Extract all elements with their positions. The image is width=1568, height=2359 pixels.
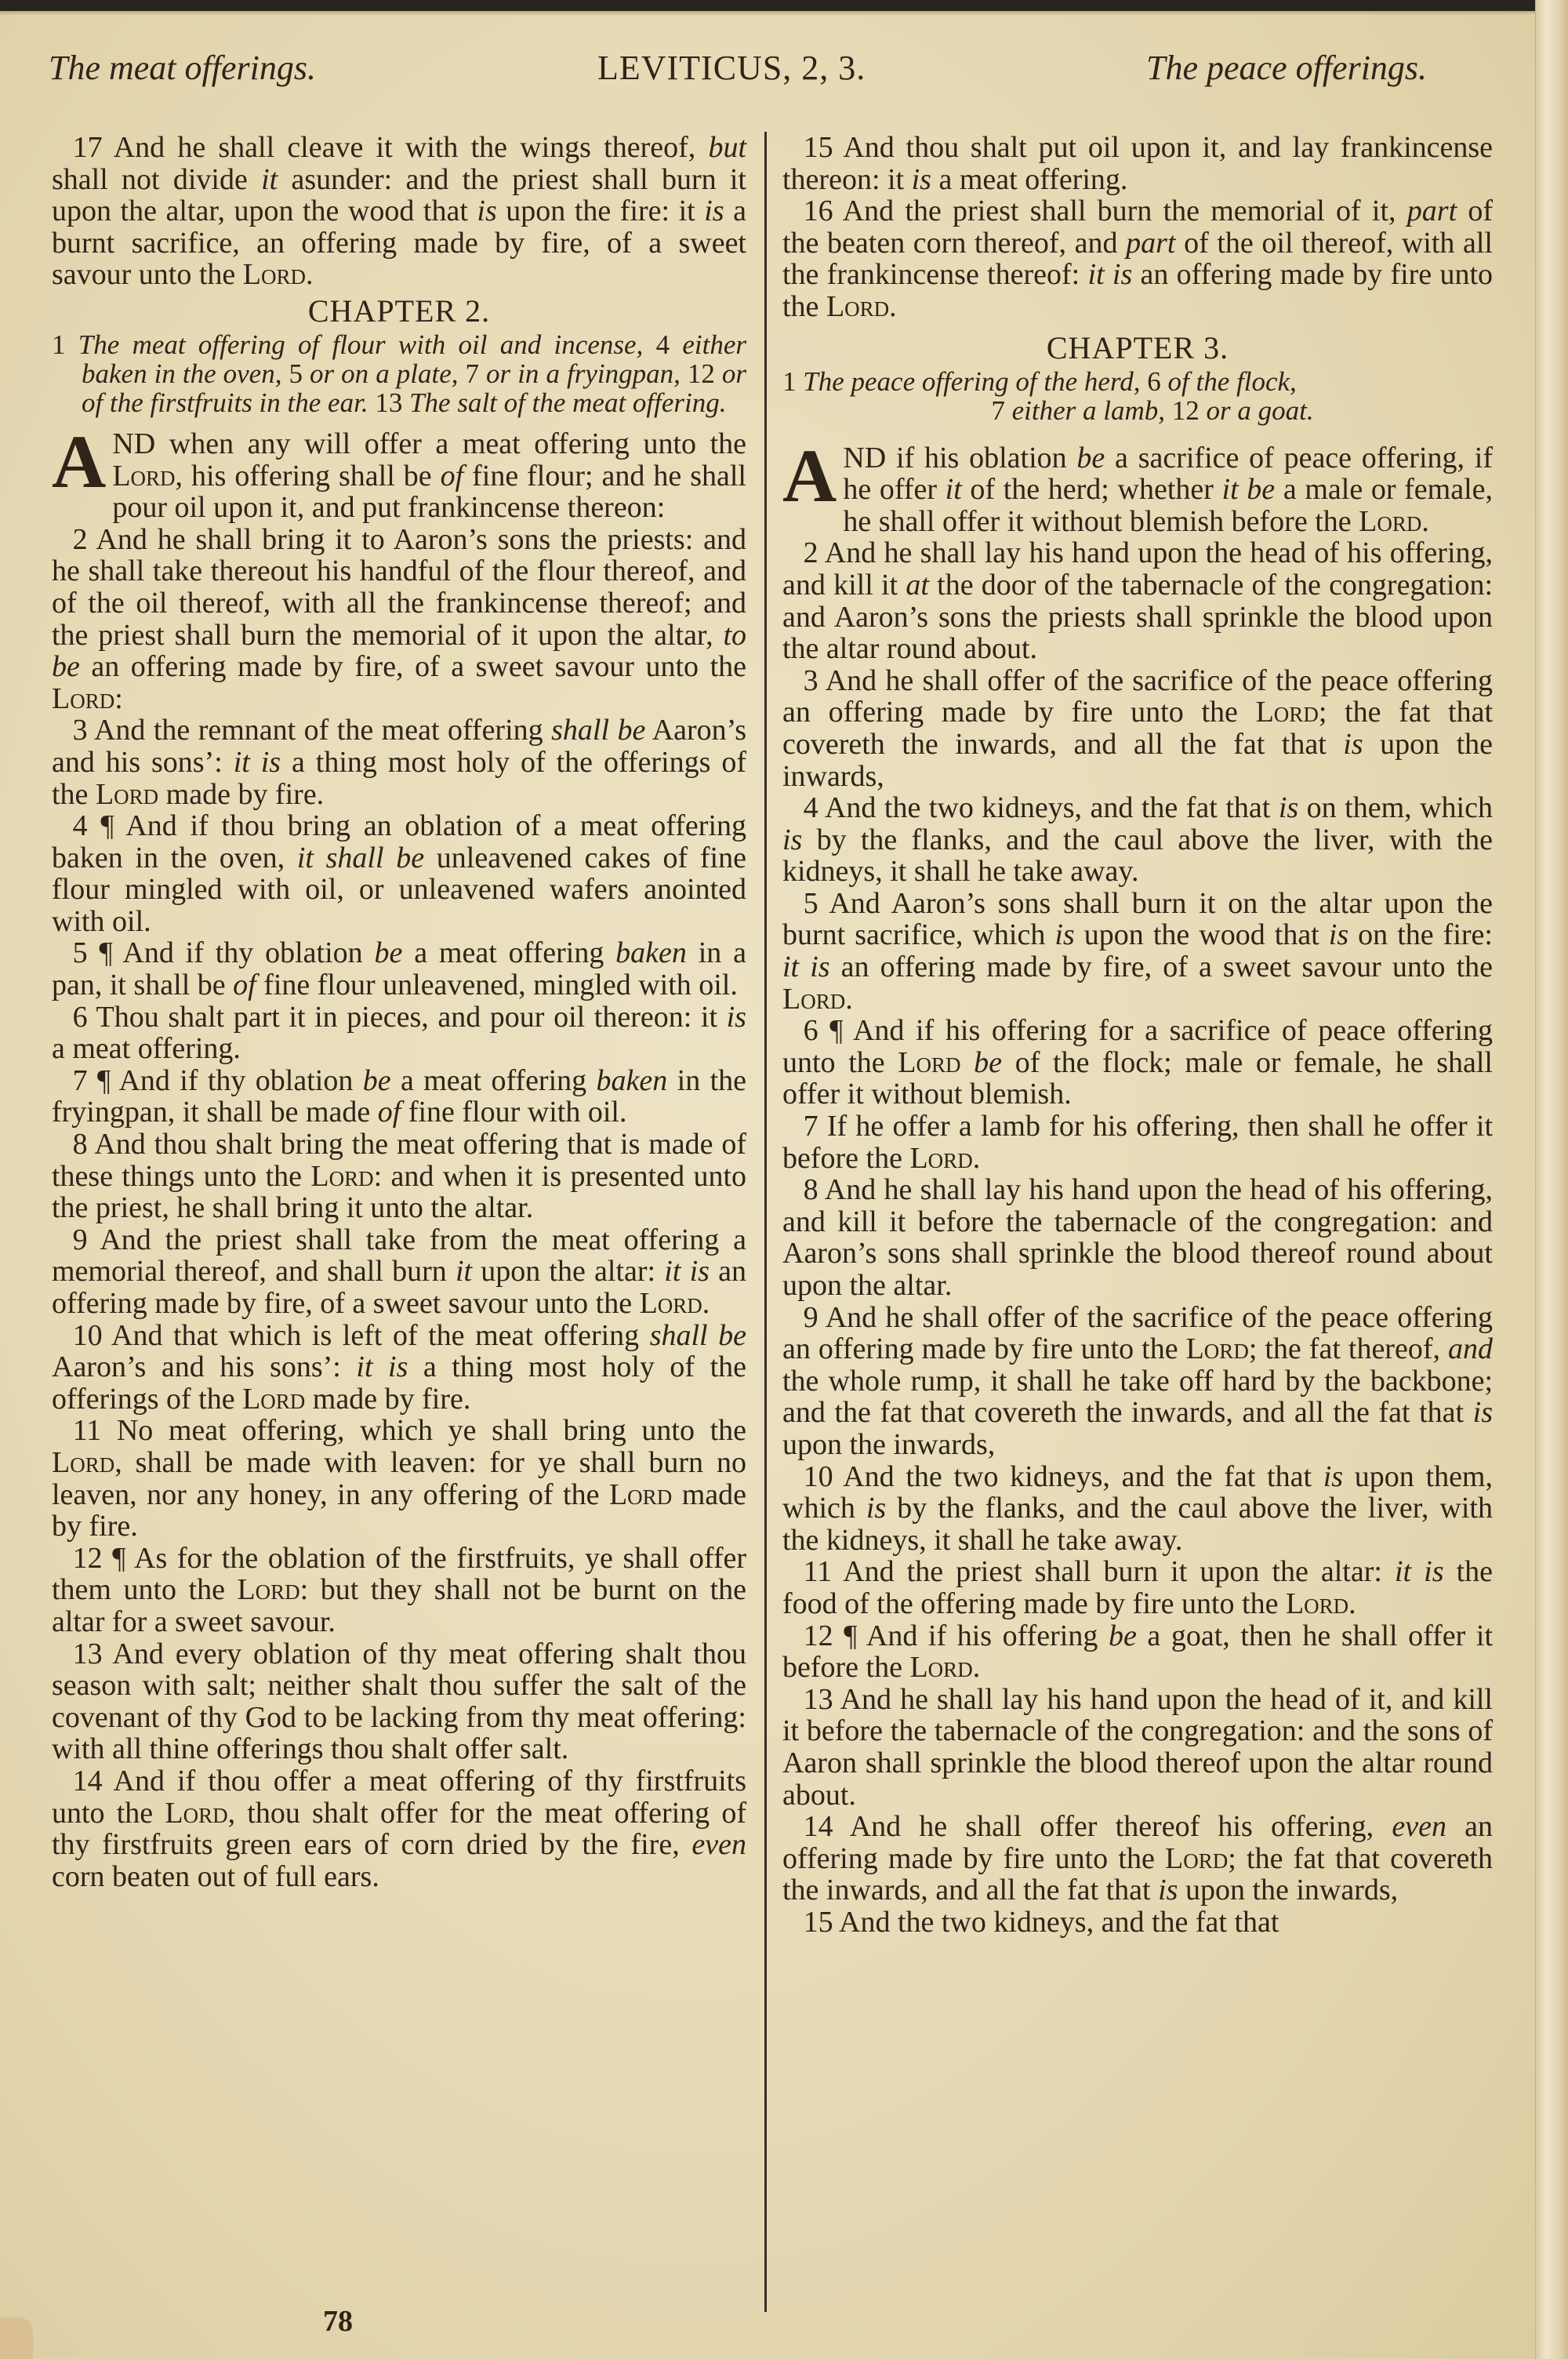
verse-number: 9 xyxy=(804,1301,818,1334)
pilcrow-mark: ¶ xyxy=(844,1619,857,1652)
verse-text: And the remnant of the meat offering xyxy=(94,714,551,747)
verse-text-italic: is xyxy=(1054,918,1074,951)
lord-small-caps: Lord xyxy=(96,778,158,811)
summary-ref: 7 xyxy=(466,358,480,389)
verse-text: And he shall bring it to Aaron’s sons th… xyxy=(52,523,746,652)
verse-7: 7 If he offer a lamb for his offering, t… xyxy=(782,1110,1493,1174)
lord-small-caps: Lord xyxy=(310,1160,373,1193)
lord-small-caps: Lord xyxy=(898,1046,960,1079)
verse-text: a meat offering xyxy=(402,936,615,969)
verse-text-italic: it is xyxy=(1088,258,1133,291)
verse-text-italic: at xyxy=(906,569,929,602)
verse-4: 4 ¶ And if thou bring an oblation of a m… xyxy=(52,810,746,937)
verse-text: And thou shalt put oil upon it, and lay … xyxy=(782,131,1493,196)
verse-text: Thou shalt part it in pieces, and pour o… xyxy=(96,1001,727,1034)
verse-number: 8 xyxy=(804,1173,818,1206)
verse-text-italic: it xyxy=(261,163,278,196)
verse-text: an offering made by fire, of a sweet sav… xyxy=(830,951,1493,983)
column-divider xyxy=(764,132,767,2312)
verse-number: 4 xyxy=(73,809,88,842)
verse-text: . xyxy=(973,1651,981,1684)
verse-text-italic: and xyxy=(1448,1332,1493,1365)
lord-small-caps: Lord xyxy=(52,1446,114,1479)
verse-text-italic: is xyxy=(1279,791,1298,824)
verse-8: 8 And thou shalt bring the meat offering… xyxy=(52,1129,746,1224)
summary-ref: 4 xyxy=(656,329,670,360)
verse-number: 16 xyxy=(804,194,833,227)
verse-text: And if thy oblation xyxy=(118,1064,362,1097)
book-cover-edge xyxy=(0,0,1568,11)
verse-number: 10 xyxy=(804,1460,833,1493)
verse-number: 9 xyxy=(73,1223,88,1256)
verse-number: 8 xyxy=(73,1128,88,1161)
verse-text: fine flour with oil. xyxy=(401,1096,626,1129)
verse-text: Aaron’s and his sons’: xyxy=(52,1350,356,1383)
verse-number: 12 xyxy=(73,1542,103,1575)
verse-number: 3 xyxy=(73,714,88,747)
verse-text: upon the wood that xyxy=(1075,918,1329,951)
verse-text: And the two kidneys, and the fat that xyxy=(843,1460,1323,1493)
verse-text-italic: even xyxy=(691,1828,746,1861)
verse-text-italic: part xyxy=(1407,194,1457,227)
verse-text: . xyxy=(306,258,314,291)
verse-10: 10 And the two kidneys, and the fat that… xyxy=(782,1461,1493,1557)
verse-text-italic: baken xyxy=(597,1064,668,1097)
verse-text: made by fire. xyxy=(158,778,324,811)
verse-number: 2 xyxy=(804,536,818,569)
lord-small-caps: Lord xyxy=(237,1573,299,1606)
verse-text: upon the inwards, xyxy=(782,1428,995,1461)
left-column: 17 And he shall cleave it with the wings… xyxy=(52,132,746,1892)
summary-ref: 1 xyxy=(782,366,797,397)
verse-number: 5 xyxy=(73,936,88,969)
lord-small-caps: Lord xyxy=(1286,1587,1348,1620)
verse-1-17: 17 And he shall cleave it with the wings… xyxy=(52,132,746,291)
verse-text: ; the fat thereof, xyxy=(1249,1332,1448,1365)
verse-7: 7 ¶ And if thy oblation be a meat offeri… xyxy=(52,1065,746,1129)
verse-text: on the fire: xyxy=(1348,918,1493,951)
verse-text: a meat offering. xyxy=(931,163,1127,196)
verse-1: AND when any will offer a meat offering … xyxy=(52,428,746,524)
lord-small-caps: Lord xyxy=(1256,696,1319,729)
verse-text-italic: is xyxy=(727,1001,746,1034)
summary-ref: 13 xyxy=(375,387,402,418)
verse-text: And he shall lay his hand upon the head … xyxy=(782,1683,1493,1812)
running-head-book-title: LEVITICUS, 2, 3. xyxy=(597,49,866,88)
verse-text-italic: be xyxy=(1109,1619,1137,1652)
verse-number: 10 xyxy=(73,1319,103,1352)
lord-small-caps: Lord xyxy=(826,290,889,323)
verse-text-italic: it is xyxy=(1395,1555,1444,1588)
summary-text: or in a fryingpan, xyxy=(486,358,681,389)
drop-cap: A xyxy=(52,431,106,493)
summary-text: or on a plate, xyxy=(310,358,458,389)
verse-text: fine flour unleavened, mingled with oil. xyxy=(256,969,738,1001)
verse-text: ND when any will offer a meat offering u… xyxy=(112,427,746,460)
pilcrow-mark: ¶ xyxy=(99,936,112,969)
verse-16: 16 And the priest shall burn the memoria… xyxy=(782,195,1493,322)
chapter-2-verses: AND when any will offer a meat offering … xyxy=(52,428,746,1892)
verse-15: 15 And the two kidneys, and the fat that xyxy=(782,1906,1493,1939)
verse-text: And the priest shall burn the memorial o… xyxy=(843,194,1407,227)
verse-1: AND if his oblation be a sacrifice of pe… xyxy=(782,442,1493,538)
right-column: 15 And thou shalt put oil upon it, and l… xyxy=(782,132,1493,1938)
verse-number: 3 xyxy=(804,664,818,697)
summary-text: The meat offering of flour with oil and … xyxy=(78,329,643,360)
verse-text: a meat offering xyxy=(391,1064,597,1097)
lord-small-caps: Lord xyxy=(1359,505,1421,538)
summary-ref: 5 xyxy=(289,358,303,389)
verse-text-italic: it is xyxy=(664,1255,710,1288)
chapter-3-verses: AND if his oblation be a sacrifice of pe… xyxy=(782,442,1493,1939)
verse-11: 11 No meat offering, which ye shall brin… xyxy=(52,1415,746,1542)
verse-2: 2 And he shall lay his hand upon the hea… xyxy=(782,537,1493,664)
verse-text-italic: it xyxy=(456,1255,472,1288)
verse-number: 4 xyxy=(804,791,818,824)
verse-text: : xyxy=(114,682,123,715)
verse-text: If he offer a lamb for his offering, the… xyxy=(782,1110,1493,1175)
pilcrow-mark: ¶ xyxy=(97,1064,111,1097)
verse-6: 6 ¶ And if his offering for a sacrifice … xyxy=(782,1015,1493,1110)
verse-text-italic: it is xyxy=(234,746,281,779)
verse-text: of the herd; whether xyxy=(962,473,1222,506)
page-fore-edge xyxy=(1535,0,1568,2359)
verse-text-italic: part xyxy=(1126,227,1175,260)
verse-text: And if his offering xyxy=(866,1619,1109,1652)
verse-number: 15 xyxy=(804,1906,833,1939)
verse-10: 10 And that which is left of the meat of… xyxy=(52,1320,746,1416)
verse-number: 11 xyxy=(73,1414,102,1447)
verse-text-italic: is xyxy=(866,1492,886,1525)
verse-14: 14 And if thou offer a meat offering of … xyxy=(52,1765,746,1892)
verse-text-italic: it is xyxy=(782,951,830,983)
verse-3: 3 And the remnant of the meat offering s… xyxy=(52,714,746,810)
chapter-3-summary: 1 The peace offering of the herd, 6 of t… xyxy=(782,367,1493,425)
verse-number: 14 xyxy=(73,1765,103,1797)
verse-14: 14 And he shall offer thereof his offeri… xyxy=(782,1811,1493,1906)
verse-text-italic: is xyxy=(782,823,802,856)
chapter-2-verses-continued: 15 And thou shalt put oil upon it, and l… xyxy=(782,132,1493,323)
summary-ref: 1 xyxy=(52,329,66,360)
verse-text: . xyxy=(845,983,853,1016)
lord-small-caps: Lord xyxy=(243,258,306,291)
verse-13: 13 And he shall lay his hand upon the he… xyxy=(782,1684,1493,1811)
verse-number: 5 xyxy=(804,887,818,920)
verse-number: 14 xyxy=(804,1810,833,1843)
lord-small-caps: Lord xyxy=(1165,1842,1228,1875)
verse-5: 5 ¶ And if thy oblation be a meat offeri… xyxy=(52,937,746,1001)
verse-text: And he shall offer thereof his offering, xyxy=(850,1810,1392,1843)
verse-text: . xyxy=(1421,505,1429,538)
verse-number: 11 xyxy=(804,1555,833,1588)
verse-text-italic: is xyxy=(704,194,724,227)
lord-small-caps: Lord xyxy=(112,460,175,493)
verse-text-italic: it is xyxy=(356,1350,408,1383)
verse-text: And he shall cleave it with the wings th… xyxy=(114,131,709,164)
verse-text: on them, which xyxy=(1298,791,1493,824)
verse-text-italic: is xyxy=(912,163,931,196)
verse-text-italic: baken xyxy=(615,936,687,969)
verse-number: 2 xyxy=(73,523,88,556)
verse-5: 5 And Aaron’s sons shall burn it on the … xyxy=(782,888,1493,1015)
verse-11: 11 And the priest shall burn it upon the… xyxy=(782,1556,1493,1619)
verse-number: 6 xyxy=(73,1001,88,1034)
verse-4: 4 And the two kidneys, and the fat that … xyxy=(782,792,1493,888)
verse-text: upon the inwards, xyxy=(1178,1874,1398,1906)
summary-text: or a goat. xyxy=(1207,395,1314,426)
verse-text-italic: is xyxy=(1323,1460,1343,1493)
verse-text: a meat offering. xyxy=(52,1032,241,1065)
verse-text-italic: is xyxy=(1343,728,1363,761)
lord-small-caps: Lord xyxy=(165,1797,227,1830)
summary-ref: 6 xyxy=(1147,366,1161,397)
verse-text: upon the fire: it xyxy=(497,194,704,227)
verse-text: And the priest shall burn it upon the al… xyxy=(843,1555,1395,1588)
lord-small-caps: Lord xyxy=(909,1651,972,1684)
verse-number: 7 xyxy=(73,1064,88,1097)
verse-text: shall not divide xyxy=(52,163,261,196)
verse-text: And the two kidneys, and the fat that xyxy=(825,791,1279,824)
summary-text: either a lamb, xyxy=(1012,395,1165,426)
page-number: 78 xyxy=(323,2306,353,2337)
summary-ref: 7 xyxy=(991,395,1005,426)
verse-text-italic: be xyxy=(1076,442,1105,474)
pilcrow-mark: ¶ xyxy=(100,809,114,842)
verse-text: . xyxy=(702,1287,710,1320)
verse-9: 9 And the priest shall take from the mea… xyxy=(52,1224,746,1320)
verse-text-italic: of xyxy=(378,1096,401,1129)
running-head-left: The meat offerings. xyxy=(49,49,316,88)
verse-number: 17 xyxy=(73,131,103,164)
summary-text: The salt of the meat offering. xyxy=(409,387,726,418)
verse-text: , his offering shall be xyxy=(176,460,441,493)
verse-text-italic: be xyxy=(375,936,403,969)
verse-text: the whole rump, it shall he take off har… xyxy=(782,1365,1493,1430)
page-top-edge xyxy=(0,11,1568,16)
verse-number: 12 xyxy=(804,1619,833,1652)
chapter-3-title: CHAPTER 3. xyxy=(782,331,1493,365)
verse-number: 7 xyxy=(804,1110,818,1143)
verse-9: 9 And he shall offer of the sacrifice of… xyxy=(782,1302,1493,1461)
running-head-right: The peace offerings. xyxy=(1146,49,1427,88)
page-corner-stain xyxy=(0,2317,33,2359)
drop-cap: A xyxy=(782,445,837,507)
verse-text-italic: even xyxy=(1392,1810,1446,1843)
verse-text-italic: be xyxy=(974,1046,1002,1079)
verse-text-italic: is xyxy=(1158,1874,1178,1906)
verse-text-italic: is xyxy=(1473,1396,1493,1429)
verse-text xyxy=(961,1046,975,1079)
chapter-2-summary: 1 The meat offering of flour with oil an… xyxy=(52,330,746,417)
verse-2: 2 And he shall bring it to Aaron’s sons … xyxy=(52,524,746,715)
verse-text: And if thy oblation xyxy=(122,936,374,969)
verse-13: 13 And every oblation of thy meat offeri… xyxy=(52,1638,746,1765)
verse-text: And every oblation of thy meat offering … xyxy=(52,1637,746,1766)
verse-text: by the flanks, and the caul above the li… xyxy=(782,823,1493,889)
verse-12: 12 ¶ As for the oblation of the firstfru… xyxy=(52,1543,746,1638)
verse-text-italic: of xyxy=(233,969,256,1001)
verse-text: corn beaten out of full ears. xyxy=(52,1860,379,1893)
verse-text: No meat offering, which ye shall bring u… xyxy=(117,1414,746,1447)
lord-small-caps: Lord xyxy=(52,682,114,715)
summary-ref: 12 xyxy=(688,358,715,389)
verse-text: . xyxy=(1348,1587,1356,1620)
lord-small-caps: Lord xyxy=(640,1287,702,1320)
verse-text: And the two kidneys, and the fat that xyxy=(839,1906,1279,1939)
verse-text-italic: is xyxy=(477,194,496,227)
lord-small-caps: Lord xyxy=(782,983,845,1016)
verse-text-italic: shall be xyxy=(650,1319,746,1352)
pilcrow-mark: ¶ xyxy=(829,1014,843,1047)
verse-text: . xyxy=(889,290,897,323)
verse-text: And he shall lay his hand upon the head … xyxy=(782,1173,1493,1302)
verse-text: by the flanks, and the caul above the li… xyxy=(782,1492,1493,1557)
lord-small-caps: Lord xyxy=(909,1142,972,1175)
verse-number: 6 xyxy=(804,1014,818,1047)
verse-3: 3 And he shall offer of the sacrifice of… xyxy=(782,665,1493,792)
verse-text: an offering made by fire, of a sweet sav… xyxy=(80,650,746,683)
verse-number: 13 xyxy=(804,1683,833,1716)
lord-small-caps: Lord xyxy=(242,1383,305,1416)
pilcrow-mark: ¶ xyxy=(112,1542,125,1575)
lord-small-caps: Lord xyxy=(1186,1332,1249,1365)
verse-text-italic: it shall be xyxy=(297,841,424,874)
verse-text-italic: but xyxy=(708,131,746,164)
verse-text: upon the altar: xyxy=(472,1255,664,1288)
summary-text: of the flock, xyxy=(1168,366,1297,397)
summary-text: The peace offering of the herd, xyxy=(803,366,1140,397)
verse-12: 12 ¶ And if his offering be a goat, then… xyxy=(782,1620,1493,1684)
summary-ref: 12 xyxy=(1172,395,1200,426)
verse-text-italic: be xyxy=(363,1064,391,1097)
verse-number: 13 xyxy=(73,1637,103,1670)
verse-6: 6 Thou shalt part it in pieces, and pour… xyxy=(52,1001,746,1065)
verse-8: 8 And he shall lay his hand upon the hea… xyxy=(782,1174,1493,1301)
verse-text: made by fire. xyxy=(305,1383,470,1416)
verse-text-italic: it xyxy=(946,473,962,506)
verse-text: And that which is left of the meat offer… xyxy=(111,1319,650,1352)
verse-text-italic: is xyxy=(1329,918,1348,951)
verse-text: ND if his oblation xyxy=(843,442,1076,474)
verse-text: . xyxy=(973,1142,981,1175)
lord-small-caps: Lord xyxy=(609,1478,672,1511)
verse-text-italic: it be xyxy=(1222,473,1276,506)
verse-15: 15 And thou shalt put oil upon it, and l… xyxy=(782,132,1493,195)
verse-number: 15 xyxy=(804,131,833,164)
chapter-2-title: CHAPTER 2. xyxy=(52,294,746,329)
verse-text-italic: of xyxy=(441,460,464,493)
verse-text-italic: shall be xyxy=(551,714,645,747)
